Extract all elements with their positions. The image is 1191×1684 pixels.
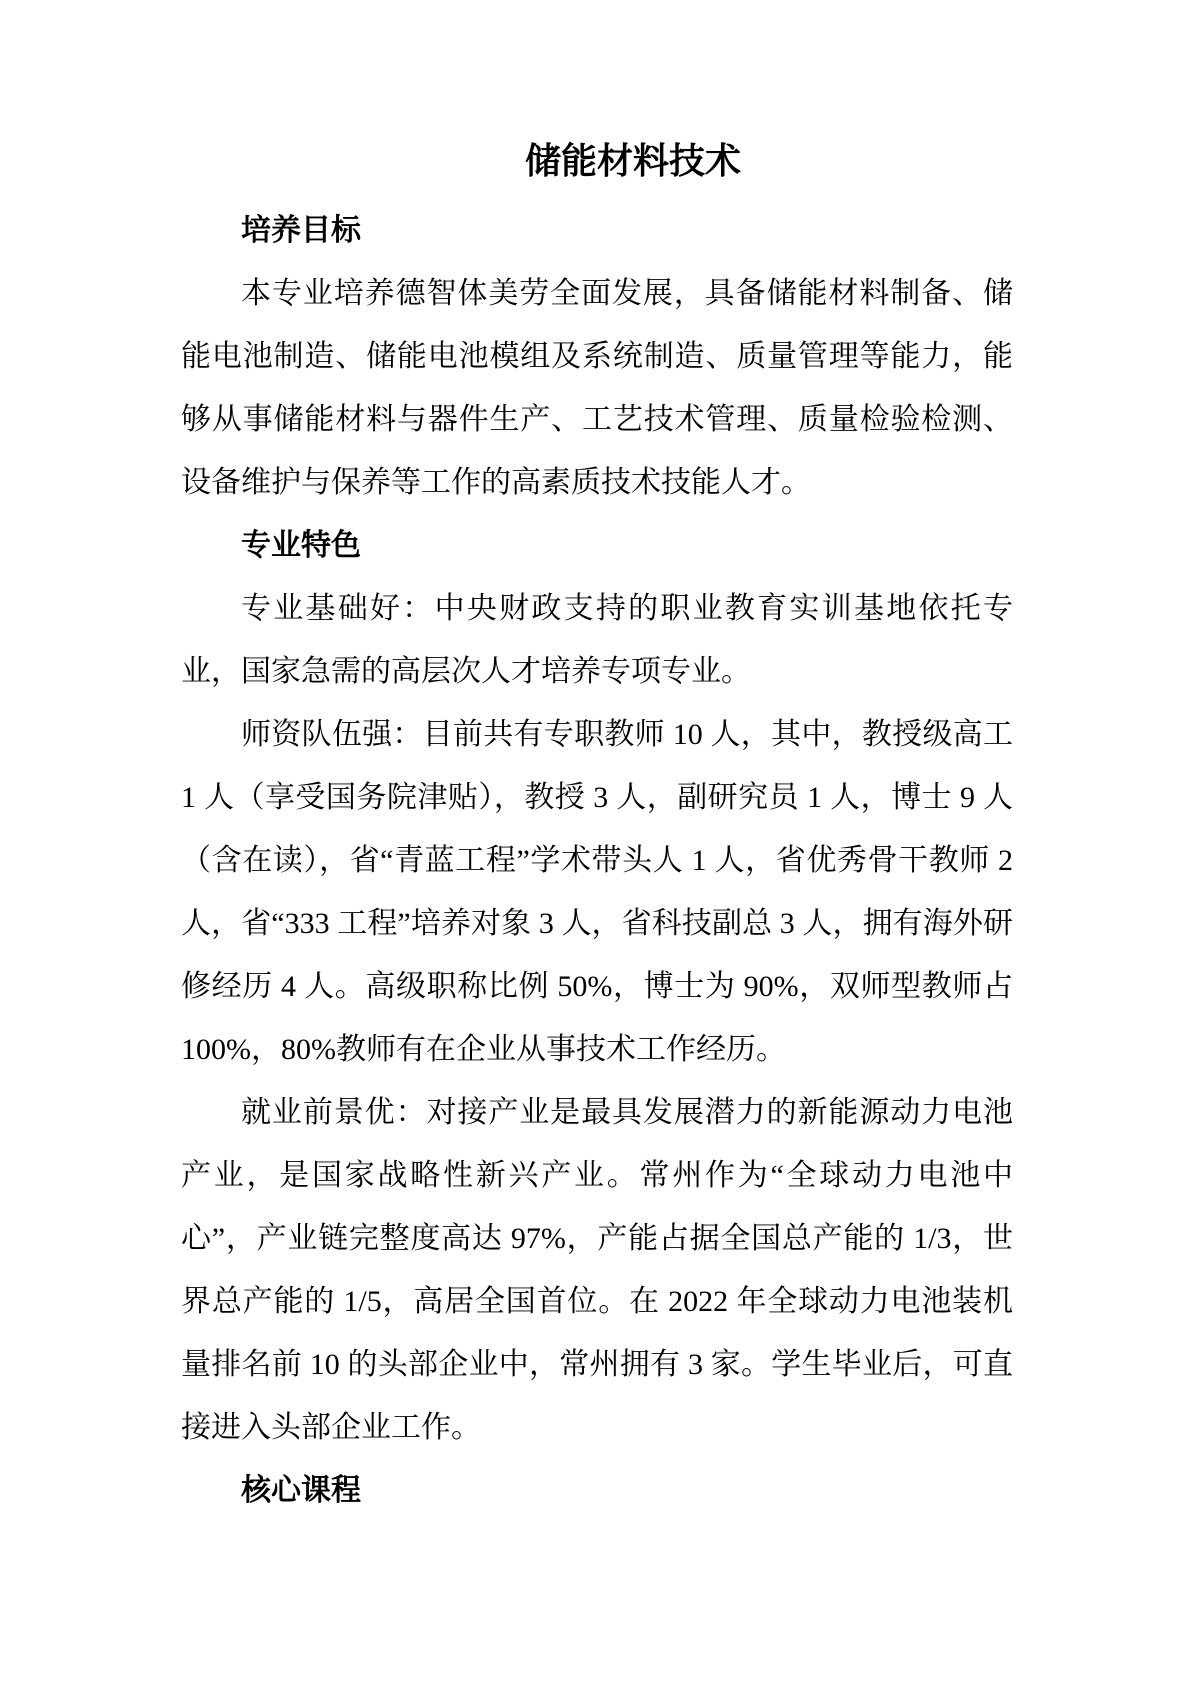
paragraph-employment-prospects: 就业前景优：对接产业是最具发展潜力的新能源动力电池产业，是国家战略性新兴产业。常… bbox=[181, 1081, 1013, 1459]
document-title: 储能材料技术 bbox=[181, 123, 1013, 199]
section-heading-program-features: 专业特色 bbox=[181, 514, 1013, 577]
paragraph-faculty-strength: 师资队伍强：目前共有专职教师 10 人，其中，教授级高工 1 人（享受国务院津贴… bbox=[181, 703, 1013, 1081]
section-heading-core-courses: 核心课程 bbox=[181, 1459, 1013, 1522]
paragraph-training-objectives: 本专业培养德智体美劳全面发展，具备储能材料制备、储能电池制造、储能电池模组及系统… bbox=[181, 262, 1013, 514]
paragraph-program-foundation: 专业基础好：中央财政支持的职业教育实训基地依托专业，国家急需的高层次人才培养专项… bbox=[181, 577, 1013, 703]
section-heading-training-objectives: 培养目标 bbox=[181, 199, 1013, 262]
document-page: 储能材料技术 培养目标 本专业培养德智体美劳全面发展，具备储能材料制备、储能电池… bbox=[0, 0, 1191, 1684]
